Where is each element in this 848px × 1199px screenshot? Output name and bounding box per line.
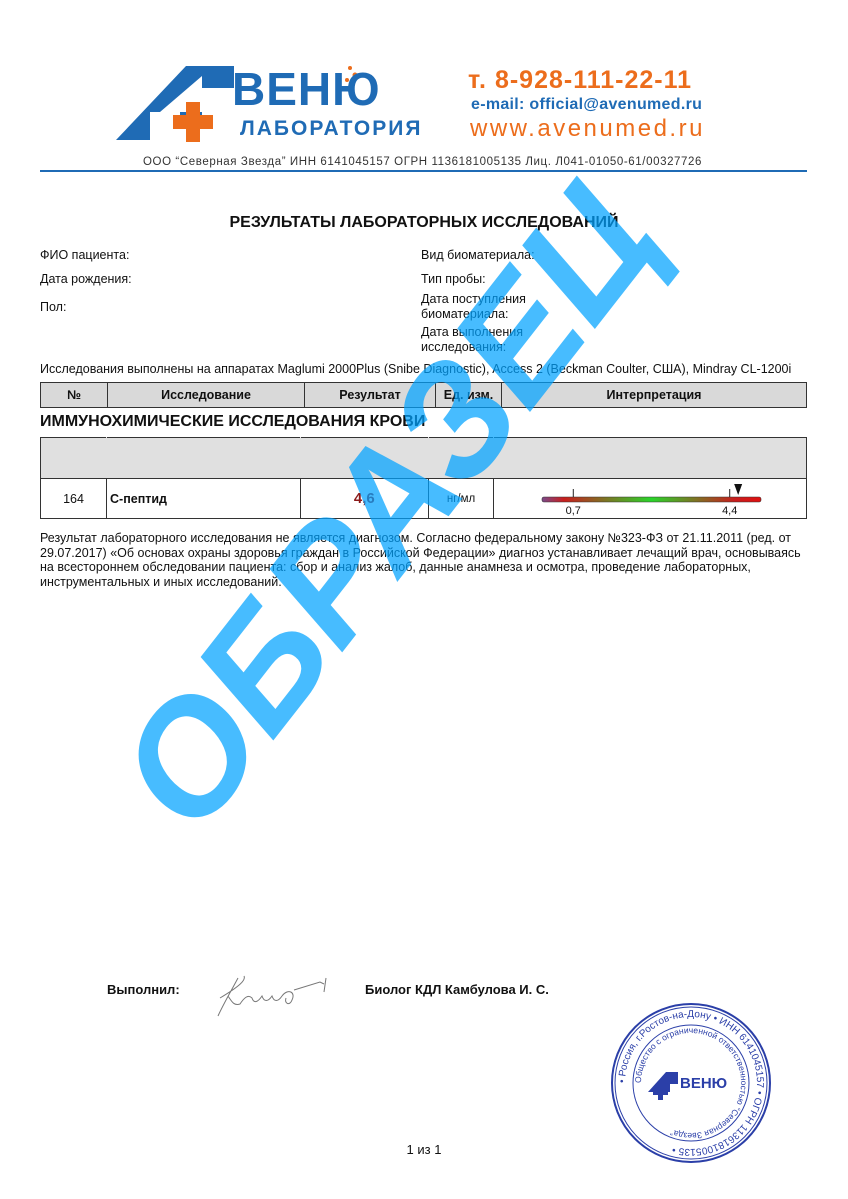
col-number: № [41,383,108,408]
logo-subtitle: ЛАБОРАТОРИЯ [240,117,422,141]
table-row: 164 С-пептид 4,6 нг/мл 0,74,4 [41,479,807,519]
performed-by-label: Выполнил: [107,982,180,997]
results-table-header: № Исследование Результат Ед. изм. Интерп… [40,382,807,408]
page-title: РЕЗУЛЬТАТЫ ЛАБОРАТОРНЫХ ИССЛЕДОВАНИЙ [0,214,848,232]
group-spacer-row [41,438,807,479]
instruments-note: Исследования выполнены на аппаратах Magl… [40,362,791,376]
svg-text:0,7: 0,7 [566,505,581,517]
phone-number: т. 8-928-111-22-11 [468,66,692,95]
performed-date-label-line2: исследования: [421,340,523,355]
header-divider [40,170,807,172]
email-address[interactable]: e-mail: official@avenumed.ru [471,96,702,114]
performed-date-label-line1: Дата выполнения [421,325,523,340]
received-date-label-line2: биоматериала: [421,307,526,322]
legal-line: ООО “Северная Звезда” ИНН 6141045157 ОГР… [143,156,702,168]
col-result: Результат [305,383,436,408]
col-test: Исследование [108,383,305,408]
disclaimer-text: Результат лабораторного исследования не … [40,531,810,589]
section-title: ИММУНОХИМИЧЕСКИЕ ИССЛЕДОВАНИЯ КРОВИ [40,413,425,431]
results-table: 164 С-пептид 4,6 нг/мл 0,74,4 [40,437,807,519]
row-unit: нг/мл [429,479,494,519]
biomaterial-label: Вид биоматериала: [421,248,535,263]
row-number: 164 [41,479,107,519]
sample-type-label: Тип пробы: [421,272,486,287]
logo-wordmark: ВЕНЮ [232,66,381,112]
received-date-label: Дата поступления биоматериала: [421,292,526,322]
svg-text:ВЕНЮ: ВЕНЮ [680,1075,727,1092]
received-date-label-line1: Дата поступления [421,292,526,307]
row-test-name: С-пептид [107,479,301,519]
signer-name: Биолог КДЛ Камбулова И. С. [365,982,549,997]
website-link[interactable]: www.avenumed.ru [470,115,705,143]
handwritten-signature [210,968,340,1020]
birth-date-label: Дата рождения: [40,272,132,287]
reference-range-bar: 0,74,4 [495,481,805,517]
row-result-value: 4,6 [300,479,429,519]
col-interpretation: Интерпретация [502,383,807,408]
page-number: 1 из 1 [0,1142,848,1157]
col-unit: Ед. изм. [436,383,502,408]
row-interpretation: 0,74,4 [494,479,807,519]
patient-name-label: ФИО пациента: [40,248,129,263]
performed-date-label: Дата выполнения исследования: [421,325,523,355]
svg-text:4,4: 4,4 [722,505,737,517]
sex-label: Пол: [40,300,66,315]
